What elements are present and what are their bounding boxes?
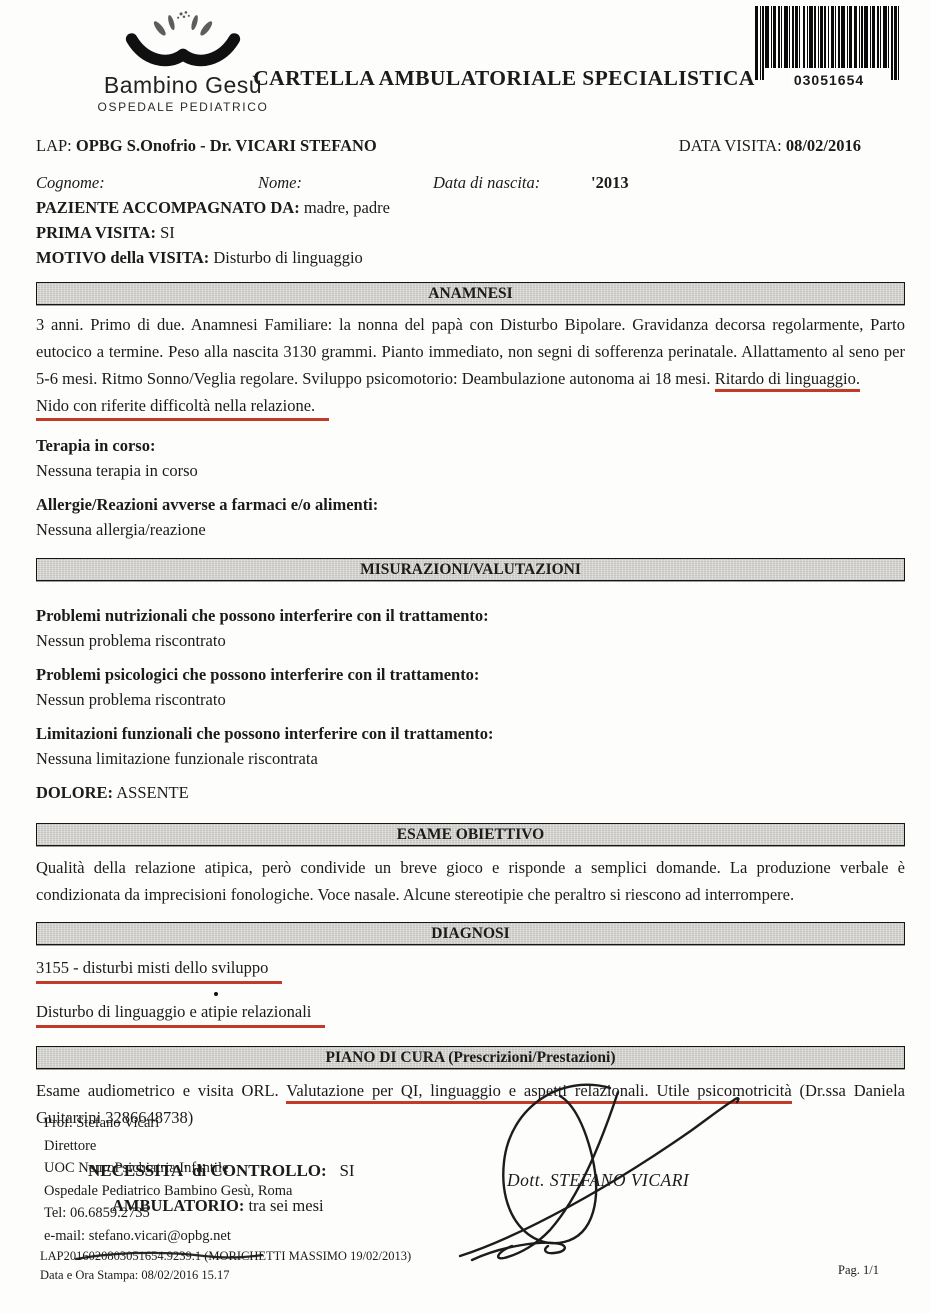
psychological-problems-value: Nessun problema riscontrato — [36, 687, 905, 712]
visit-date-value: 08/02/2016 — [786, 136, 861, 155]
current-therapy-label: Terapia in corso: — [36, 433, 905, 458]
accompanied-by-row: PAZIENTE ACCOMPAGNATO DA: madre, padre — [36, 196, 905, 220]
footer-lap-reference: LAP2016020803051654.9239.1 (MORICHETTI M… — [40, 1249, 411, 1264]
doctor-contact-block: Prof. Stefano Vicari Direttore UOC Neuro… — [44, 1112, 292, 1270]
lap-value: OPBG S.Onofrio - Dr. VICARI STEFANO — [76, 136, 377, 155]
page-title: CARTELLA AMBULATORIALE SPECIALISTICA — [224, 66, 784, 91]
nutritional-problems-label: Problemi nutrizionali che possono interf… — [36, 603, 905, 628]
section-header-esame-obiettivo: ESAME OBIETTIVO — [36, 823, 905, 846]
anamnesi-line2: Nido con riferite difficoltà nella relaz… — [36, 392, 905, 419]
visit-info-row: LAP: OPBG S.Onofrio - Dr. VICARI STEFANO… — [36, 134, 905, 158]
section-header-piano-di-cura: PIANO DI CURA (Prescrizioni/Prestazioni) — [36, 1046, 905, 1069]
functional-limitations-value: Nessuna limitazione funzionale riscontra… — [36, 746, 905, 771]
psychological-problems-label: Problemi psicologici che possono interfe… — [36, 662, 905, 687]
doctor-phone-line: Tel: 06.6859.2735 — [44, 1202, 292, 1225]
followup-needed-value: SI — [339, 1161, 354, 1180]
anamnesi-line2-underlined: Nido con riferite difficoltà nella relaz… — [36, 396, 329, 421]
diagnosis-code-line: 3155 - disturbi misti dello sviluppo — [36, 958, 282, 984]
esame-obiettivo-text: Qualità della relazione atipica, però co… — [36, 854, 905, 908]
footer-print-datetime: Data e Ora Stampa: 08/02/2016 15.17 — [40, 1268, 230, 1283]
document-header: Bambino Gesù OSPEDALE PEDIATRICO CARTELL… — [36, 6, 905, 118]
hospital-logo-icon — [124, 10, 242, 72]
anamnesi-text-underlined: Ritardo di linguaggio. — [715, 369, 860, 392]
lap-field: LAP: OPBG S.Onofrio - Dr. VICARI STEFANO — [36, 134, 377, 158]
doctor-name-line: Prof. Stefano Vicari — [44, 1112, 292, 1135]
allergies-field: Allergie/Reazioni avverse a farmaci e/o … — [36, 492, 905, 542]
barcode: 03051654 — [753, 4, 905, 90]
section-header-misurazioni: MISURAZIONI/VALUTAZIONI — [36, 558, 905, 581]
first-visit-row: PRIMA VISITA: SI — [36, 221, 905, 245]
birthdate-label: Data di nascita: — [433, 171, 591, 195]
signature-name: Dott. STEFANO VICARI — [507, 1170, 689, 1191]
pain-label: DOLORE: — [36, 783, 113, 802]
visit-reason-label: MOTIVO della VISITA: — [36, 248, 209, 267]
doctor-title-line: Direttore — [44, 1135, 292, 1158]
footer-page-number: Pag. 1/1 — [838, 1263, 879, 1278]
nutritional-problems-value: Nessun problema riscontrato — [36, 628, 905, 653]
surname-label: Cognome: — [36, 171, 258, 195]
document-page: Bambino Gesù OSPEDALE PEDIATRICO CARTELL… — [0, 0, 931, 1314]
hospital-logo: Bambino Gesù OSPEDALE PEDIATRICO — [78, 10, 288, 114]
visit-reason-row: MOTIVO della VISITA: Disturbo di linguag… — [36, 246, 905, 270]
allergies-value: Nessuna allergia/reazione — [36, 517, 905, 542]
current-therapy-value: Nessuna terapia in corso — [36, 458, 905, 483]
allergies-label: Allergie/Reazioni avverse a farmaci e/o … — [36, 492, 905, 517]
current-therapy-field: Terapia in corso: Nessuna terapia in cor… — [36, 433, 905, 483]
psychological-problems-field: Problemi psicologici che possono interfe… — [36, 662, 905, 712]
functional-limitations-label: Limitazioni funzionali che possono inter… — [36, 721, 905, 746]
accompanied-by-label: PAZIENTE ACCOMPAGNATO DA: — [36, 198, 300, 217]
pain-value: ASSENTE — [116, 783, 188, 802]
doctor-email-line: e-mail: stefano.vicari@opbg.net — [44, 1225, 292, 1248]
doctor-unit-line: UOC NeuroPsichiatria Infantile — [44, 1157, 292, 1180]
visit-reason-value: Disturbo di linguaggio — [213, 248, 362, 267]
nutritional-problems-field: Problemi nutrizionali che possono interf… — [36, 603, 905, 653]
functional-limitations-field: Limitazioni funzionali che possono inter… — [36, 721, 905, 771]
first-visit-value: SI — [160, 223, 175, 242]
accompanied-by-value: madre, padre — [304, 198, 390, 217]
name-label: Nome: — [258, 171, 433, 195]
barcode-number: 03051654 — [790, 72, 868, 88]
birthdate-value: '2013 — [591, 171, 629, 195]
visit-date-field: DATA VISITA: 08/02/2016 — [679, 134, 905, 158]
section-header-diagnosi: DIAGNOSI — [36, 922, 905, 945]
hospital-subtitle: OSPEDALE PEDIATRICO — [78, 100, 288, 114]
section-header-anamnesi: ANAMNESI — [36, 282, 905, 305]
diagnosis-description-line: Disturbo di linguaggio e atipie relazion… — [36, 1002, 325, 1028]
patient-identity-row: Cognome: Nome: Data di nascita: '2013 — [36, 171, 905, 195]
lap-label: LAP: — [36, 136, 72, 155]
signature-block: Dott. STEFANO VICARI — [442, 1078, 772, 1268]
pain-field: DOLORE: ASSENTE — [36, 783, 905, 803]
care-plan-text-pre: Esame audiometrico e visita ORL. — [36, 1081, 286, 1100]
visit-date-label: DATA VISITA: — [679, 136, 782, 155]
first-visit-label: PRIMA VISITA: — [36, 223, 156, 242]
doctor-hospital-line: Ospedale Pediatrico Bambino Gesù, Roma — [44, 1180, 292, 1203]
anamnesi-text: 3 anni. Primo di due. Anamnesi Familiare… — [36, 311, 905, 392]
